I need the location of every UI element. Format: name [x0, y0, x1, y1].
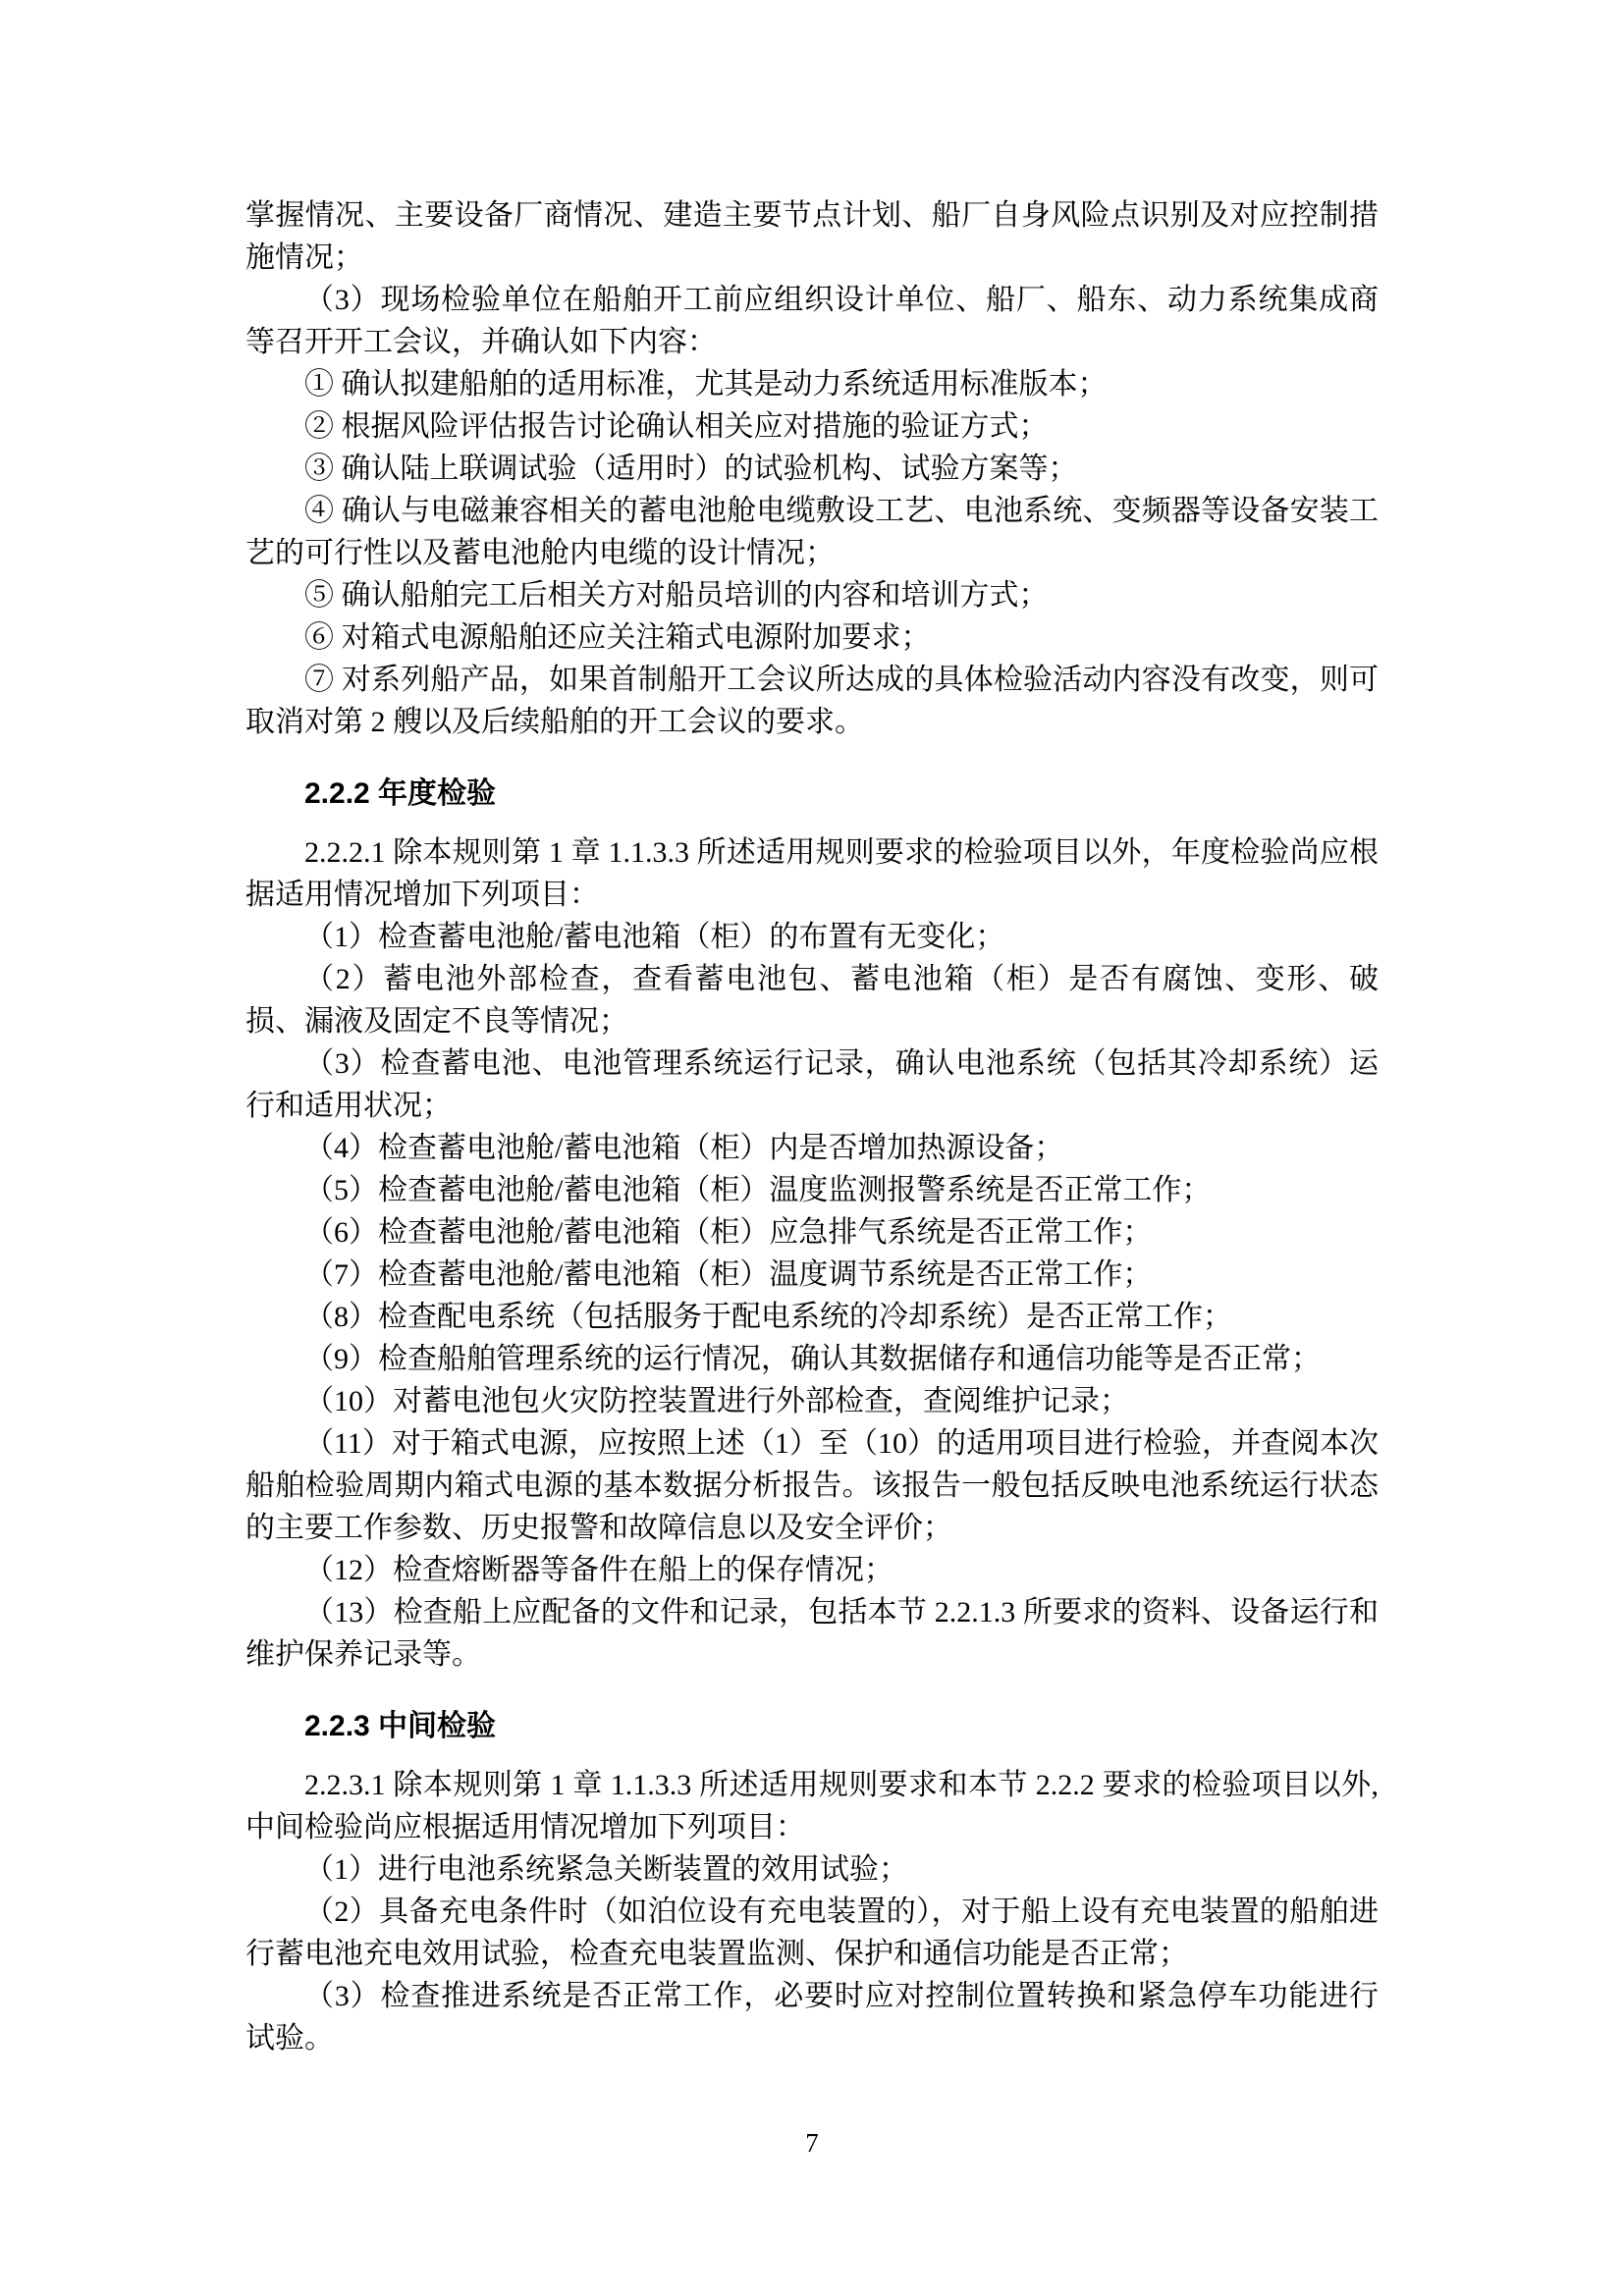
- paragraph-continuation: 掌握情况、主要设备厂商情况、建造主要节点计划、船厂自身风险点识别及对应控制措施情…: [245, 194, 1379, 279]
- paragraph-circled-4: ④ 确认与电磁兼容相关的蓄电池舱电缆敷设工艺、电池系统、变频器等设备安装工艺的可…: [245, 490, 1379, 574]
- paragraph-circled-2: ② 根据风险评估报告讨论确认相关应对措施的验证方式；: [245, 405, 1379, 448]
- paragraph-item-3: （3）现场检验单位在船舶开工前应组织设计单位、船厂、船东、动力系统集成商等召开开…: [245, 279, 1379, 363]
- document-body: 掌握情况、主要设备厂商情况、建造主要节点计划、船厂自身风险点识别及对应控制措施情…: [245, 194, 1379, 2089]
- paragraph-annual-item-3: （3）检查蓄电池、电池管理系统运行记录，确认电池系统（包括其冷却系统）运行和适用…: [245, 1042, 1379, 1127]
- section-heading-2-2-2: 2.2.2 年度检验: [245, 773, 1379, 815]
- paragraph-circled-5: ⑤ 确认船舶完工后相关方对船员培训的内容和培训方式；: [245, 574, 1379, 616]
- paragraph-annual-item-8: （8）检查配电系统（包括服务于配电系统的冷却系统）是否正常工作；: [245, 1296, 1379, 1338]
- paragraph-circled-1: ① 确认拟建船舶的适用标准，尤其是动力系统适用标准版本；: [245, 363, 1379, 405]
- paragraph-annual-item-9: （9）检查船舶管理系统的运行情况，确认其数据储存和通信功能等是否正常；: [245, 1338, 1379, 1380]
- paragraph-annual-item-10: （10）对蓄电池包火灾防控装置进行外部检查，查阅维护记录；: [245, 1380, 1379, 1422]
- paragraph-intermediate-item-3: （3）检查推进系统是否正常工作，必要时应对控制位置转换和紧急停车功能进行试验。: [245, 1975, 1379, 2059]
- section-heading-2-2-3: 2.2.3 中间检验: [245, 1705, 1379, 1747]
- paragraph-annual-item-12: （12）检查熔断器等备件在船上的保存情况；: [245, 1549, 1379, 1591]
- paragraph-2-2-3-1: 2.2.3.1 除本规则第 1 章 1.1.3.3 所述适用规则要求和本节 2.…: [245, 1764, 1379, 1848]
- paragraph-intermediate-item-2: （2）具备充电条件时（如泊位设有充电装置的），对于船上设有充电装置的船舶进行蓄电…: [245, 1891, 1379, 1975]
- paragraph-annual-item-11: （11）对于箱式电源，应按照上述（1）至（10）的适用项目进行检验，并查阅本次船…: [245, 1422, 1379, 1549]
- paragraph-annual-item-6: （6）检查蓄电池舱/蓄电池箱（柜）应急排气系统是否正常工作；: [245, 1211, 1379, 1254]
- paragraph-circled-7: ⑦ 对系列船产品，如果首制船开工会议所达成的具体检验活动内容没有改变，则可取消对…: [245, 659, 1379, 743]
- paragraph-annual-item-4: （4）检查蓄电池舱/蓄电池箱（柜）内是否增加热源设备；: [245, 1127, 1379, 1169]
- paragraph-annual-item-2: （2）蓄电池外部检查，查看蓄电池包、蓄电池箱（柜）是否有腐蚀、变形、破损、漏液及…: [245, 958, 1379, 1042]
- page-number: 7: [0, 2128, 1624, 2158]
- paragraph-annual-item-5: （5）检查蓄电池舱/蓄电池箱（柜）温度监测报警系统是否正常工作；: [245, 1169, 1379, 1211]
- paragraph-circled-6: ⑥ 对箱式电源船舶还应关注箱式电源附加要求；: [245, 616, 1379, 659]
- document-page: 掌握情况、主要设备厂商情况、建造主要节点计划、船厂自身风险点识别及对应控制措施情…: [0, 0, 1624, 2296]
- paragraph-annual-item-1: （1）检查蓄电池舱/蓄电池箱（柜）的布置有无变化；: [245, 916, 1379, 958]
- paragraph-circled-3: ③ 确认陆上联调试验（适用时）的试验机构、试验方案等；: [245, 448, 1379, 490]
- paragraph-annual-item-13: （13）检查船上应配备的文件和记录，包括本节 2.2.1.3 所要求的资料、设备…: [245, 1591, 1379, 1676]
- paragraph-2-2-2-1: 2.2.2.1 除本规则第 1 章 1.1.3.3 所述适用规则要求的检验项目以…: [245, 831, 1379, 916]
- paragraph-annual-item-7: （7）检查蓄电池舱/蓄电池箱（柜）温度调节系统是否正常工作；: [245, 1254, 1379, 1296]
- paragraph-intermediate-item-1: （1）进行电池系统紧急关断装置的效用试验；: [245, 1848, 1379, 1891]
